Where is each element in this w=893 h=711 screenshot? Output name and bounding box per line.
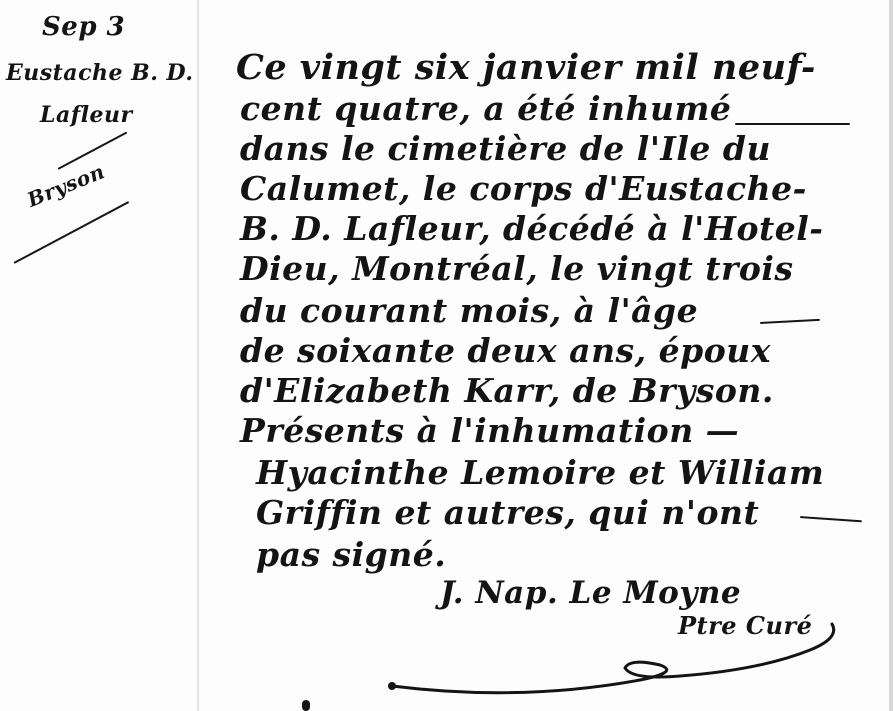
margin-name-line2: Lafleur	[40, 104, 133, 126]
body-line-12: Griffin et autres, qui n'ont	[256, 496, 759, 529]
underline-inhume	[735, 123, 850, 125]
page-edge	[889, 0, 893, 711]
margin-entry-number: Sep 3	[42, 14, 125, 40]
line-filler-12	[800, 516, 862, 522]
margin-place: Bryson	[25, 161, 108, 210]
body-line-13: pas signé.	[256, 538, 446, 571]
body-line-1: Ce vingt six janvier mil neuf-	[236, 50, 816, 85]
body-line-2: cent quatre, a été inhumé	[240, 92, 731, 125]
margin-underline-2	[14, 201, 130, 264]
margin-name-line1: Eustache B. D.	[6, 62, 193, 84]
line-filler-7	[760, 319, 820, 324]
body-line-10: Présents à l'inhumation —	[240, 414, 739, 447]
body-line-9: d'Elizabeth Karr, de Bryson.	[240, 374, 774, 407]
body-line-5: B. D. Lafleur, décédé à l'Hotel-	[240, 212, 823, 245]
signature-name: J. Nap. Le Moyne	[440, 578, 741, 609]
body-line-6: Dieu, Montréal, le vingt trois	[240, 252, 793, 285]
body-line-7: du courant mois, à l'âge	[240, 294, 698, 327]
partial-ink-mark	[302, 700, 310, 711]
body-line-4: Calumet, le corps d'Eustache-	[240, 172, 807, 205]
body-line-11: Hyacinthe Lemoire et William	[256, 456, 824, 489]
body-line-8: de soixante deux ans, époux	[240, 334, 771, 367]
body-line-3: dans le cimetière de l'Ile du	[240, 132, 771, 165]
margin-rule	[197, 0, 199, 711]
signature-flourish	[380, 610, 840, 700]
register-page: Sep 3 Eustache B. D. Lafleur Bryson Ce v…	[0, 0, 893, 711]
